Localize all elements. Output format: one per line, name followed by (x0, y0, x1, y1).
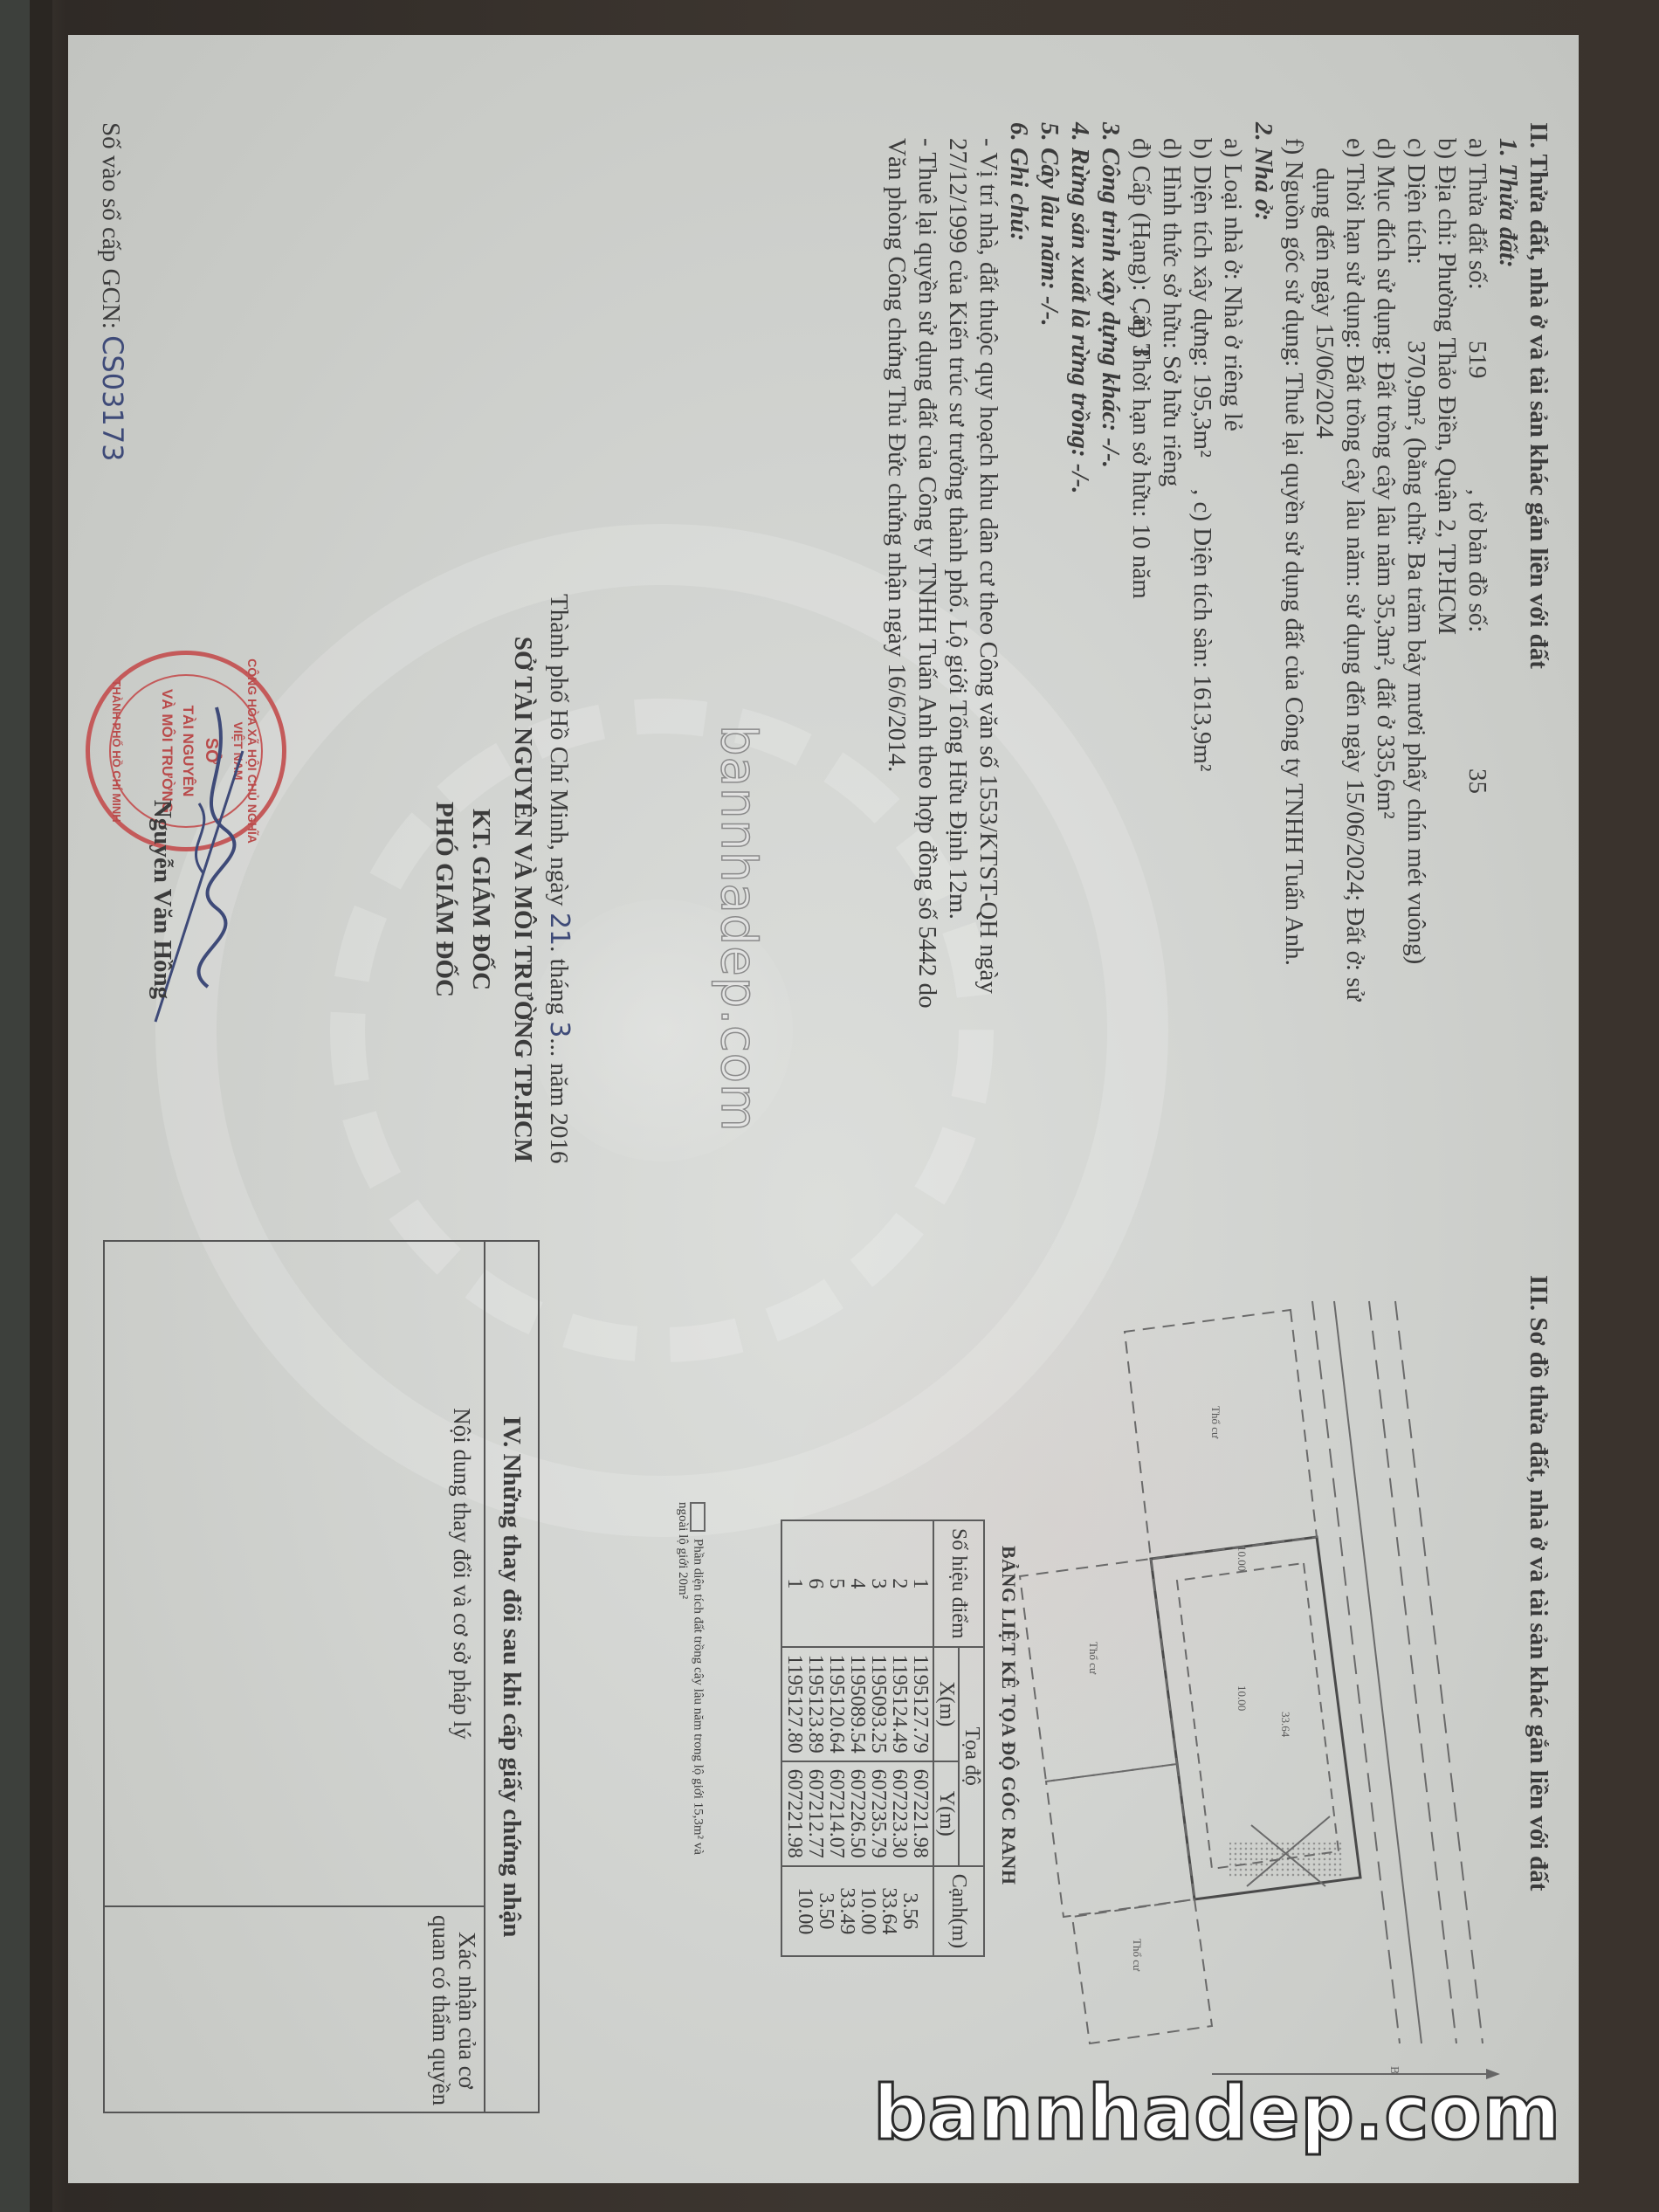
svg-text:33.64: 33.64 (1279, 1712, 1292, 1738)
y-cells: 607221.98607223.30607235.79607226.506072… (781, 1761, 933, 1866)
table-cell: 1195127.79 (910, 1655, 931, 1754)
place-date-prefix: Thành phố Hồ Chí Minh, ngày (545, 594, 573, 906)
header-coords: Tọa độ (959, 1647, 984, 1866)
signer-name: Nguyễn Văn Hồng (147, 550, 177, 1249)
table-cell: 2 (889, 1528, 910, 1639)
registry-number: Số vào sổ cấp GCN: CS03173 (96, 122, 129, 462)
table-cell: 1195120.64 (826, 1655, 847, 1754)
note-line: - Thuê lại quyền sử dụng đất của Công ty… (911, 122, 941, 1214)
table-row: 1234561 1195127.791195124.491195093.2511… (781, 1520, 933, 1956)
table-cell: 4 (847, 1528, 868, 1639)
table-cell: 33.49 (836, 1874, 857, 1948)
land-use-term-cont: dụng đến ngày 15/06/2024 (1308, 122, 1339, 1214)
grade-line: đ) Cấp (Hạng): Cấp 3 , e) Thời hạn sở hữ… (1125, 122, 1155, 1214)
section-2-title: II. Thửa đất, nhà ở và tài sản khác gắn … (1522, 122, 1552, 1214)
table-cell: 1 (784, 1528, 805, 1639)
table-cell: 1195127.80 (784, 1655, 805, 1754)
header-edge: Cạnh(m) (933, 1866, 984, 1956)
month-label: tháng (545, 959, 573, 1015)
table-cell: 3 (868, 1528, 889, 1639)
svg-text:10.00: 10.00 (1236, 1685, 1249, 1711)
ownership-term: , e) Thời hạn sở hữu: 10 năm (1126, 306, 1155, 599)
ownership-form: d) Hình thức sở hữu: Sở hữu riêng (1155, 122, 1186, 1214)
svg-text:Thổ cư: Thổ cư (1087, 1642, 1100, 1675)
watermark-corner: bannhadep.com (873, 2070, 1561, 2157)
year-label: năm 2016 (545, 1063, 573, 1163)
parcel-line: a) Thửa đất số: 519 , tờ bản đồ số: 35 (1461, 122, 1491, 1214)
build-area: b) Diện tích xây dựng: 195,3m² (1187, 138, 1216, 458)
background-frame-inner (30, 0, 52, 2212)
table-cell: 1195093.25 (868, 1655, 889, 1754)
house-type: a) Loại nhà ở: Nhà ở riêng lẻ (1216, 122, 1247, 1214)
point-cells: 1234561 (781, 1520, 933, 1647)
watermark-center: bannhadep.com (710, 725, 767, 1133)
handwritten-month: 3 (544, 1021, 575, 1037)
svg-text:10.00: 10.00 (1236, 1546, 1249, 1571)
production-forest: 4. Rừng sản xuất là rừng trồng: -/-. (1064, 122, 1094, 1214)
land-heading: 1. Thửa đất: (1491, 122, 1522, 1214)
registry-value: CS03173 (96, 335, 129, 461)
table-cell: 607226.50 (847, 1769, 868, 1858)
x-cells: 1195127.791195124.491195093.251195089.54… (781, 1647, 933, 1761)
map-legend: Phần diện tích đất trồng cây lâu năm tro… (675, 1502, 706, 1886)
corner-coordinate-table: Số hiệu điểm Tọa độ Cạnh(m) X(m) Y(m) 12… (781, 1519, 985, 1957)
note-line: Văn phòng Công chứng Thủ Đức chứng nhận … (880, 122, 911, 1214)
edge-cells: 3.5633.6410.0033.493.5010.00 (781, 1866, 933, 1956)
table-cell: 10.00 (857, 1874, 878, 1948)
floor-area: , c) Diện tích sàn: 1613,9m² (1187, 489, 1216, 772)
map-sheet-number: 35 (1463, 768, 1491, 794)
parcel-number: 519 (1463, 341, 1491, 379)
table-cell: 607212.77 (805, 1769, 826, 1858)
table-cell: 5 (826, 1528, 847, 1639)
table-cell: 607214.07 (826, 1769, 847, 1858)
house-area-line: b) Diện tích xây dựng: 195,3m² , c) Diện… (1186, 122, 1216, 1214)
svg-text:Thổ cư: Thổ cư (1131, 1939, 1144, 1972)
table-cell: 607221.98 (784, 1769, 805, 1858)
confirmation-column-header: Xác nhận của cơ quan có thẩm quyền (428, 1907, 480, 2113)
background-frame (0, 0, 30, 2212)
table-cell: 1195124.49 (889, 1655, 910, 1754)
perennial-trees: 5. Cây lâu năm: -/-. (1033, 122, 1064, 1214)
area-value: 370,9m², (bằng chữ: Ba trăm bảy mươi phẩ… (1401, 341, 1430, 964)
header-x: X(m) (933, 1647, 959, 1761)
land-use-term: e) Thời hạn sử dụng: Đất trồng cây lâu n… (1339, 122, 1369, 1214)
other-construction: 3. Công trình xây dựng khác: -/-. (1094, 122, 1125, 1214)
stamp-bottom-text: THÀNH PHỐ HỒ CHÍ MINH (110, 655, 123, 847)
registry-label: Số vào sổ cấp GCN: (97, 122, 125, 329)
table-cell: 1195123.89 (805, 1655, 826, 1754)
coordinate-table-title: BẢNG LIỆT KÊ TỌA ĐỘ GÓC RANH (997, 1546, 1020, 1885)
section-4-title: IV. Những thay đổi sau khi cấp giấy chứn… (497, 1242, 526, 2112)
table-cell: 607223.30 (889, 1769, 910, 1858)
note-line: 27/12/1999 của Kiến trúc sư trưởng thành… (941, 122, 972, 1214)
area-line: c) Diện tích: 370,9m², (bằng chữ: Ba tră… (1400, 122, 1430, 1214)
notes-heading: 6. Ghi chú: (1002, 122, 1033, 1214)
house-heading: 2. Nhà ở: (1247, 122, 1277, 1214)
note-line: - Vị trí nhà, đất thuộc quy hoạch khu dâ… (972, 122, 1002, 1214)
handwritten-day: 21 (544, 913, 575, 946)
table-cell: 607235.79 (868, 1769, 889, 1858)
parcel-label: a) Thửa đất số: (1463, 138, 1491, 290)
on-behalf-director: KT. GIÁM ĐỐC (465, 550, 496, 1249)
header-y: Y(m) (933, 1761, 959, 1866)
legend-text: Phần diện tích đất trồng cây lâu năm tro… (676, 1502, 706, 1855)
changes-table: IV. Những thay đổi sau khi cấp giấy chứn… (103, 1240, 540, 2113)
land-origin: f) Nguồn gốc sử dụng: Thuê lại quyền sử … (1277, 122, 1308, 1214)
changes-column-header: Nội dung thay đổi và cơ sở pháp lý (448, 1242, 475, 1905)
section-3-title: III. Sơ đồ thửa đất, nhà ở và tài sản kh… (1524, 1275, 1552, 1891)
table-cell: 10.00 (795, 1874, 816, 1948)
land-plot-diagram: 10.00 33.64 10.00 Thổ cư Thổ cư Thổ cư (1011, 1275, 1500, 2061)
area-label: c) Diện tích: (1401, 138, 1430, 265)
table-cell: 3.50 (816, 1874, 836, 1948)
table-cell: 1 (910, 1528, 931, 1639)
table-cell: 3.56 (899, 1874, 920, 1948)
address: b) Địa chỉ: Phường Thảo Điền, Quận 2, TP… (1430, 122, 1461, 1214)
table-cell: 1195089.54 (847, 1655, 868, 1754)
table-cell: 33.64 (878, 1874, 899, 1948)
section-land-house: II. Thửa đất, nhà ở và tài sản khác gắn … (880, 122, 1552, 1214)
place-date: Thành phố Hồ Chí Minh, ngày 21. tháng 3.… (543, 594, 575, 1164)
legend-swatch-icon (690, 1502, 706, 1532)
header-point: Số hiệu điểm (933, 1520, 984, 1647)
issuing-agency: SỞ TÀI NGUYÊN VÀ MÔI TRƯỜNG TP.HCM (507, 550, 538, 1249)
table-cell: 6 (805, 1528, 826, 1639)
deputy-director: PHÓ GIÁM ĐỐC (429, 550, 459, 1249)
svg-text:Thổ cư: Thổ cư (1209, 1406, 1222, 1439)
table-cell: 607221.98 (910, 1769, 931, 1858)
map-sheet-label: , tờ bản đồ số: (1463, 489, 1491, 632)
land-certificate-page: II. Thửa đất, nhà ở và tài sản khác gắn … (68, 35, 1579, 2183)
land-use-purpose: d) Mục đích sử dụng: Đất trồng cây lâu n… (1369, 122, 1400, 1214)
